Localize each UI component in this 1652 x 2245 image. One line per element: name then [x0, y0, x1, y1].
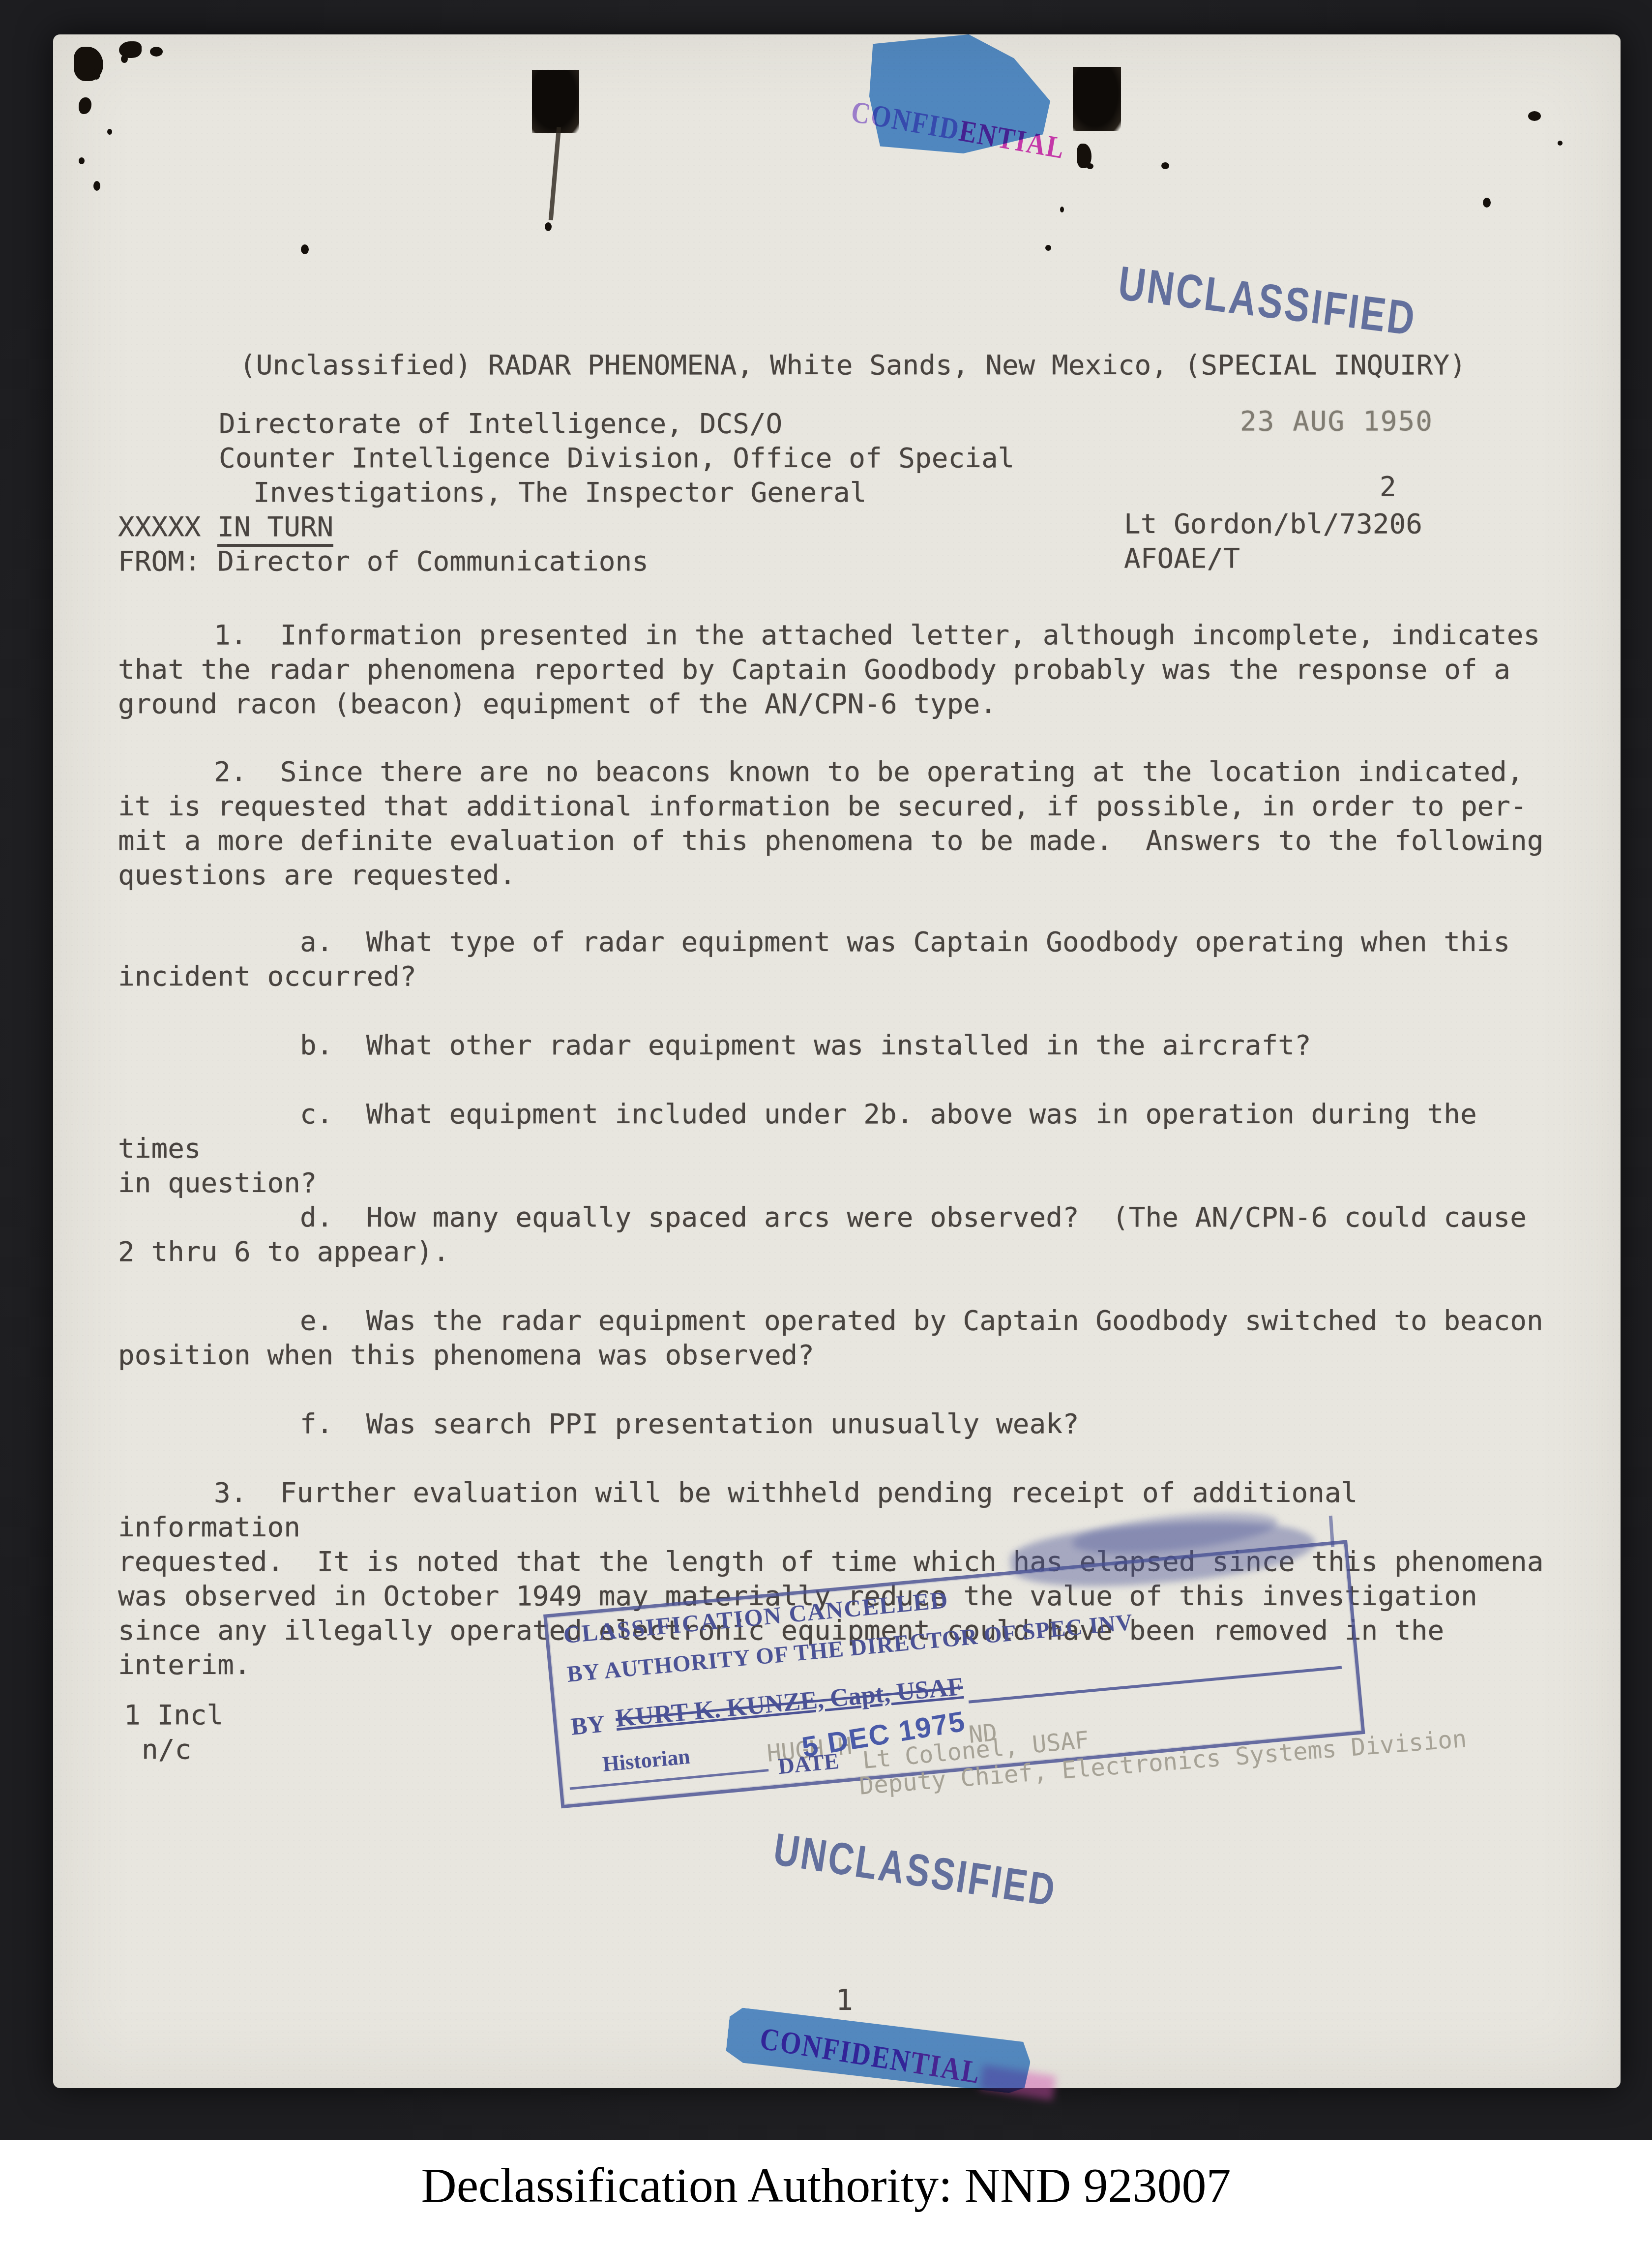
memo-subject-line: (Unclassified) RADAR PHENOMENA, White Sa… [239, 348, 1567, 383]
ink-speck [1483, 198, 1491, 208]
paragraph-1: 1. Information presented in the attached… [118, 618, 1554, 721]
to-address-line-2: Counter Intelligence Division, Office of… [219, 441, 1014, 476]
page-number: 1 [836, 1983, 853, 2017]
from-line: FROM: Director of Communications [118, 544, 649, 579]
enclosure-note: n/c [142, 1733, 191, 1767]
cancel-stamp-date-label: DATE [777, 1748, 840, 1779]
ink-speck [107, 129, 112, 135]
historian-underline [570, 1769, 769, 1790]
writer-reference: Lt Gordon/bl/73206 [1124, 507, 1422, 541]
ink-speck [93, 181, 100, 191]
ink-speck [79, 157, 85, 164]
question-a: a. What type of radar equipment was Capt… [118, 925, 1554, 994]
ink-speck [1558, 141, 1563, 146]
question-b: b. What other radar equipment was instal… [118, 1028, 1554, 1063]
scanned-memo-page: CONFIDENTIAL UNCLASSIFIED (Unclassified)… [0, 0, 1652, 2245]
ink-speck [1060, 207, 1064, 212]
question-f: f. Was search PPI presentation unusually… [118, 1407, 1554, 1441]
routing-crossout: XXXXX [118, 511, 201, 543]
ink-speck [150, 47, 163, 57]
signature-line [969, 1666, 1342, 1703]
declassification-authority-note: Declassification Authority: NND 923007 [0, 2157, 1652, 2214]
question-c: c. What equipment included under 2b. abo… [118, 1097, 1554, 1200]
question-e: e. Was the radar equipment operated by C… [118, 1304, 1554, 1373]
paragraph-2: 2. Since there are no beacons known to b… [118, 755, 1554, 893]
ink-speck [92, 69, 100, 80]
to-address-line-3: Investigations, The Inspector General [253, 476, 866, 510]
to-address-line-1: Directorate of Intelligence, DCS/O [219, 407, 782, 441]
enclosure-count: 1 Incl [124, 1698, 223, 1733]
office-symbol: AFOAE/T [1124, 541, 1240, 576]
question-d: d. How many equally spaced arcs were obs… [118, 1200, 1554, 1269]
ink-speck [1161, 162, 1169, 169]
cancel-stamp-role: Historian [601, 1744, 691, 1777]
routing-line: XXXXX IN TURN [118, 510, 333, 544]
cancel-stamp-by-label: BY [570, 1709, 607, 1740]
ink-speck [121, 55, 128, 63]
ink-speck [545, 222, 552, 231]
routing-in-turn: IN TURN [217, 511, 333, 547]
reference-number: 2 [1380, 470, 1396, 504]
ink-speck [1528, 111, 1541, 121]
punch-hole-right-drip [1077, 144, 1091, 168]
punch-hole-right [1073, 67, 1121, 131]
received-date-stamp: 23 AUG 1950 [1240, 404, 1433, 439]
ink-speck [1045, 245, 1051, 251]
punch-hole-left [532, 70, 579, 133]
ink-speck [301, 244, 309, 254]
